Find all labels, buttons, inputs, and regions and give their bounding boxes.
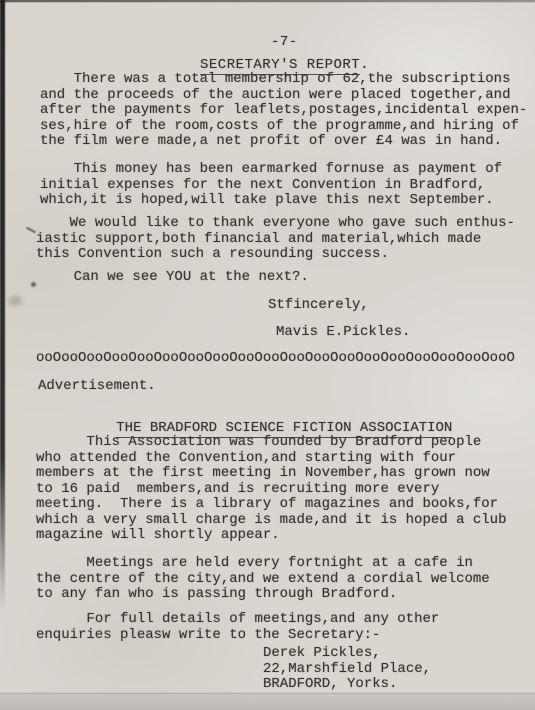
scan-left-edge bbox=[0, 0, 5, 610]
advertisement-label: Advertisement. bbox=[38, 379, 156, 395]
report-paragraph-earmarked: This money has been earmarked fornuse as… bbox=[40, 162, 528, 209]
report-paragraph-see-you: Can we see YOU at the next?. bbox=[40, 270, 528, 286]
scan-top-edge bbox=[0, 0, 535, 2]
report-signature: Mavis E.Pickles. bbox=[276, 325, 410, 341]
association-paragraph-founded: This Association was founded by Bradford… bbox=[36, 435, 528, 544]
section-divider: ooOooOooOooOooOooOooOooOooOooOooOooOooOo… bbox=[36, 351, 531, 367]
report-signoff: Stfincerely, bbox=[268, 298, 369, 314]
scan-bottom-edge bbox=[0, 694, 535, 710]
stray-pen-mark bbox=[26, 227, 36, 233]
association-paragraph-meetings: Meetings are held every fortnight at a c… bbox=[36, 556, 528, 603]
secretary-address: Derek Pickles, 22,Marshfield Place, BRAD… bbox=[263, 646, 431, 693]
scanned-page: -7- SECRETARY'S REPORT. There was a tota… bbox=[0, 0, 535, 710]
report-paragraph-membership: There was a total membership of 62,the s… bbox=[40, 72, 528, 150]
association-paragraph-details: For full details of meetings,and any oth… bbox=[36, 612, 528, 643]
paper-smudge bbox=[8, 296, 22, 306]
ink-spot bbox=[31, 282, 36, 287]
report-paragraph-thanks: We would like to thank everyone who gave… bbox=[36, 216, 528, 263]
